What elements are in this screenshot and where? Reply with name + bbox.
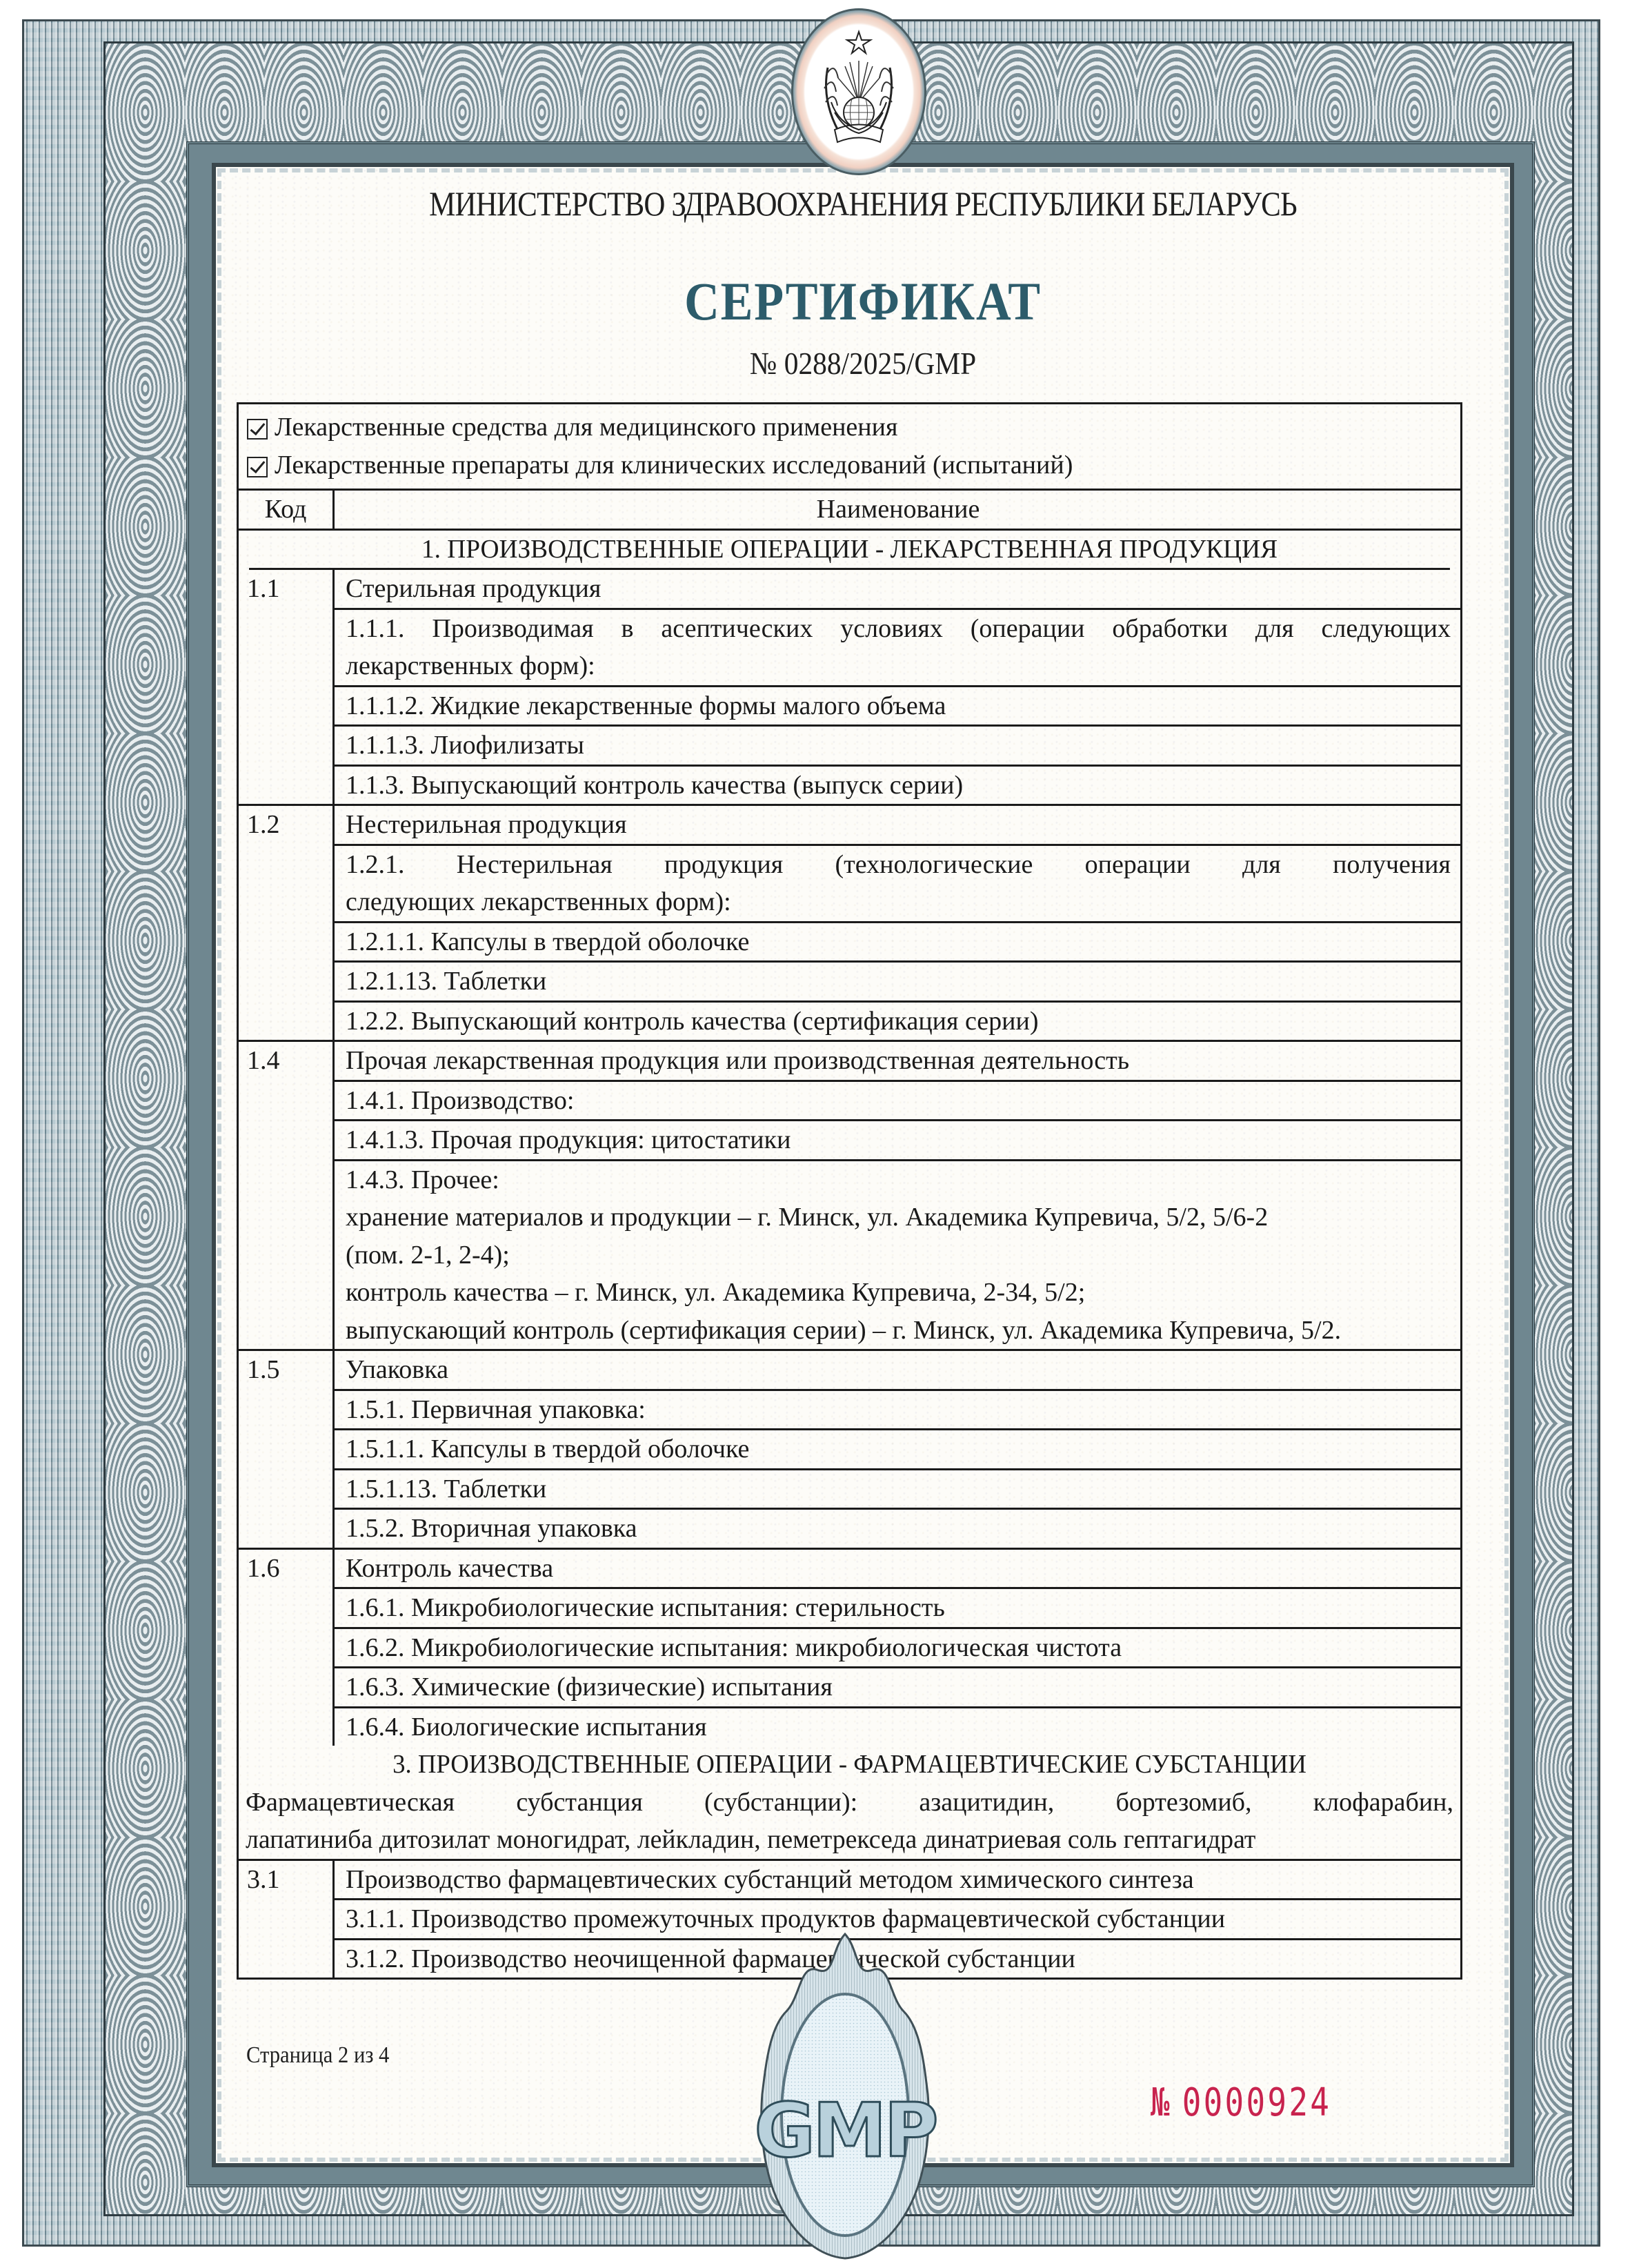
scope-checkbox-item: Лекарственные средства для медицинского … bbox=[247, 408, 1452, 446]
table-row: 1.5.1.1. Капсулы в твердой оболочке bbox=[335, 1430, 1460, 1470]
document-title: СЕРТИФИКАТ bbox=[277, 270, 1449, 333]
row-text-line: 1.1.1. Производимая в асептических услов… bbox=[346, 610, 1451, 648]
row-text-line: Стерильная продукция bbox=[346, 570, 1451, 608]
table-group-row: 1.4Прочая лекарственная продукция или пр… bbox=[239, 1042, 1460, 1351]
table-row: 1.6.1. Микробиологические испытания: сте… bbox=[335, 1589, 1460, 1629]
checked-checkbox-icon bbox=[247, 419, 268, 440]
table-group-row: 1.6Контроль качества1.6.1. Микробиологич… bbox=[239, 1550, 1460, 1746]
row-text-line: хранение материалов и продукции – г. Мин… bbox=[346, 1199, 1451, 1236]
table-row: 1.4.1.3. Прочая продукция: цитостатики bbox=[335, 1121, 1460, 1161]
row-text-line: 1.1.1.3. Лиофилизаты bbox=[346, 727, 1451, 765]
table-row: 1.5.1.13. Таблетки bbox=[335, 1470, 1460, 1510]
checked-checkbox-icon bbox=[247, 457, 268, 477]
table-header-row: Код Наименование bbox=[239, 491, 1460, 531]
table-row: 1.4.3. Прочее:хранение материалов и прод… bbox=[335, 1161, 1460, 1350]
table-group-row: 1.2Нестерильная продукция1.2.1. Нестерил… bbox=[239, 806, 1460, 1042]
row-text-line: Контроль качества bbox=[346, 1550, 1451, 1588]
row-text-line: 1.5.1.1. Капсулы в твердой оболочке bbox=[346, 1430, 1451, 1468]
group-code: 3.1 bbox=[239, 1861, 335, 1978]
table-row: Прочая лекарственная продукция или произ… bbox=[335, 1042, 1460, 1082]
group-items: Прочая лекарственная продукция или произ… bbox=[335, 1042, 1460, 1349]
table-row: 1.5.2. Вторичная упаковка bbox=[335, 1510, 1460, 1548]
row-text-line: Производство фармацевтических субстанций… bbox=[346, 1861, 1451, 1899]
section3-title-text: 3. ПРОИЗВОДСТВЕННЫЕ ОПЕРАЦИИ - ФАРМАЦЕВТ… bbox=[259, 1746, 1440, 1784]
table-row: Контроль качества bbox=[335, 1550, 1460, 1590]
section-title: 3. ПРОИЗВОДСТВЕННЫЕ ОПЕРАЦИИ - ФАРМАЦЕВТ… bbox=[249, 1746, 1450, 1784]
scope-checkbox-label: Лекарственные препараты для клинических … bbox=[275, 446, 1073, 484]
page-indicator: Страница 2 из 4 bbox=[246, 2042, 389, 2069]
row-text-line: контроль качества – г. Минск, ул. Академ… bbox=[346, 1274, 1451, 1312]
gmp-scope-table: Лекарственные средства для медицинского … bbox=[237, 402, 1462, 1980]
scope-checkbox-label: Лекарственные средства для медицинского … bbox=[275, 408, 897, 446]
table-row: 1.1.1. Производимая в асептических услов… bbox=[335, 610, 1460, 687]
group-items: Стерильная продукция1.1.1. Производимая … bbox=[335, 570, 1460, 804]
row-text-line: 1.1.3. Выпускающий контроль качества (вы… bbox=[346, 767, 1451, 805]
row-text-line: 1.6.2. Микробиологические испытания: мик… bbox=[346, 1629, 1451, 1667]
scope-checkbox-list: Лекарственные средства для медицинского … bbox=[239, 404, 1460, 491]
row-text-line: 1.4.1. Производство: bbox=[346, 1082, 1451, 1120]
row-text-line: следующих лекарственных форм): bbox=[346, 883, 1451, 921]
serial-value: 0000924 bbox=[1182, 2080, 1331, 2125]
row-text-line: 1.5.1.13. Таблетки bbox=[346, 1470, 1451, 1508]
row-text-line: лекарственных форм): bbox=[346, 647, 1451, 685]
row-text-line: 1.6.1. Микробиологические испытания: сте… bbox=[346, 1589, 1451, 1627]
section3-description-line: Фармацевтическая субстанция (субстанции)… bbox=[246, 1784, 1453, 1822]
row-text-line: 1.4.3. Прочее: bbox=[346, 1161, 1451, 1199]
table-row: 1.1.3. Выпускающий контроль качества (вы… bbox=[335, 767, 1460, 805]
table-row: 1.2.1.1. Капсулы в твердой оболочке bbox=[335, 923, 1460, 963]
row-text-line: 1.5.2. Вторичная упаковка bbox=[346, 1510, 1451, 1548]
row-text-line: 1.2.2. Выпускающий контроль качества (се… bbox=[346, 1003, 1451, 1041]
section-title: 1. ПРОИЗВОДСТВЕННЫЕ ОПЕРАЦИИ - ЛЕКАРСТВЕ… bbox=[249, 531, 1450, 571]
section3-description-line: лапатиниба дитозилат моногидрат, лейклад… bbox=[246, 1821, 1446, 1859]
scope-checkbox-item: Лекарственные препараты для клинических … bbox=[247, 446, 1452, 484]
table-row: Стерильная продукция bbox=[335, 570, 1460, 610]
table-row: Упаковка bbox=[335, 1351, 1460, 1391]
row-text-line: 1.2.1.13. Таблетки bbox=[346, 963, 1451, 1000]
row-text-line: Нестерильная продукция bbox=[346, 806, 1451, 844]
group-code: 1.4 bbox=[239, 1042, 335, 1349]
group-code: 1.2 bbox=[239, 806, 335, 1040]
section1-groups: 1.1Стерильная продукция1.1.1. Производим… bbox=[239, 570, 1460, 1746]
table-row: 1.2.2. Выпускающий контроль качества (се… bbox=[335, 1003, 1460, 1041]
emblem-drawing bbox=[807, 26, 911, 157]
row-text-line: выпускающий контроль (сертификация серии… bbox=[346, 1312, 1451, 1350]
group-code: 1.5 bbox=[239, 1351, 335, 1548]
certificate-number: № 0288/2025/GMP bbox=[277, 345, 1449, 382]
column-header-code: Код bbox=[239, 491, 335, 529]
blank-serial-number: №0000924 bbox=[1151, 2080, 1331, 2125]
row-text-line: 1.2.1. Нестерильная продукция (технологи… bbox=[346, 846, 1451, 884]
row-text-line: Прочая лекарственная продукция или произ… bbox=[346, 1042, 1451, 1080]
table-row: 1.1.1.3. Лиофилизаты bbox=[335, 727, 1460, 767]
belarus-state-emblem-icon bbox=[791, 8, 926, 175]
gmp-seal-icon: GMP bbox=[683, 1929, 1007, 2260]
row-text-line: (пом. 2-1, 2-4); bbox=[346, 1236, 1451, 1274]
row-text-line: 1.6.4. Биологические испытания bbox=[346, 1708, 1451, 1746]
table-row: 1.2.1. Нестерильная продукция (технологи… bbox=[335, 846, 1460, 923]
row-text-line: 1.6.3. Химические (физические) испытания bbox=[346, 1668, 1451, 1706]
table-row: 1.4.1. Производство: bbox=[335, 1082, 1460, 1122]
row-text-line: 1.5.1. Первичная упаковка: bbox=[346, 1391, 1451, 1429]
row-text-line: 1.1.1.2. Жидкие лекарственные формы мало… bbox=[346, 687, 1451, 725]
group-code: 1.6 bbox=[239, 1550, 335, 1746]
gmp-seal-text: GMP bbox=[754, 2088, 935, 2174]
group-code: 1.1 bbox=[239, 570, 335, 804]
table-row: Нестерильная продукция bbox=[335, 806, 1460, 846]
section3-description: Фармацевтическая субстанция (субстанции)… bbox=[239, 1784, 1460, 1861]
table-group-row: 1.1Стерильная продукция1.1.1. Производим… bbox=[239, 570, 1460, 806]
serial-prefix: № bbox=[1151, 2080, 1172, 2125]
issuing-authority: МИНИСТЕРСТВО ЗДРАВООХРАНЕНИЯ РЕСПУБЛИКИ … bbox=[303, 184, 1423, 224]
table-row: 1.5.1. Первичная упаковка: bbox=[335, 1391, 1460, 1431]
table-row: 1.6.2. Микробиологические испытания: мик… bbox=[335, 1629, 1460, 1669]
table-row: 1.6.3. Химические (физические) испытания bbox=[335, 1668, 1460, 1708]
row-text-line: 1.4.1.3. Прочая продукция: цитостатики bbox=[346, 1121, 1451, 1159]
column-header-name: Наименование bbox=[335, 491, 1460, 529]
table-row: 1.1.1.2. Жидкие лекарственные формы мало… bbox=[335, 687, 1460, 727]
group-items: Упаковка1.5.1. Первичная упаковка:1.5.1.… bbox=[335, 1351, 1460, 1548]
table-row: Производство фармацевтических субстанций… bbox=[335, 1861, 1460, 1901]
table-group-row: 1.5Упаковка1.5.1. Первичная упаковка:1.5… bbox=[239, 1351, 1460, 1550]
row-text-line: Упаковка bbox=[346, 1351, 1451, 1389]
group-items: Контроль качества1.6.1. Микробиологическ… bbox=[335, 1550, 1460, 1746]
row-text-line: 1.2.1.1. Капсулы в твердой оболочке bbox=[346, 923, 1451, 961]
table-row: 1.6.4. Биологические испытания bbox=[335, 1708, 1460, 1746]
table-row: 1.2.1.13. Таблетки bbox=[335, 963, 1460, 1003]
group-items: Нестерильная продукция1.2.1. Нестерильна… bbox=[335, 806, 1460, 1040]
